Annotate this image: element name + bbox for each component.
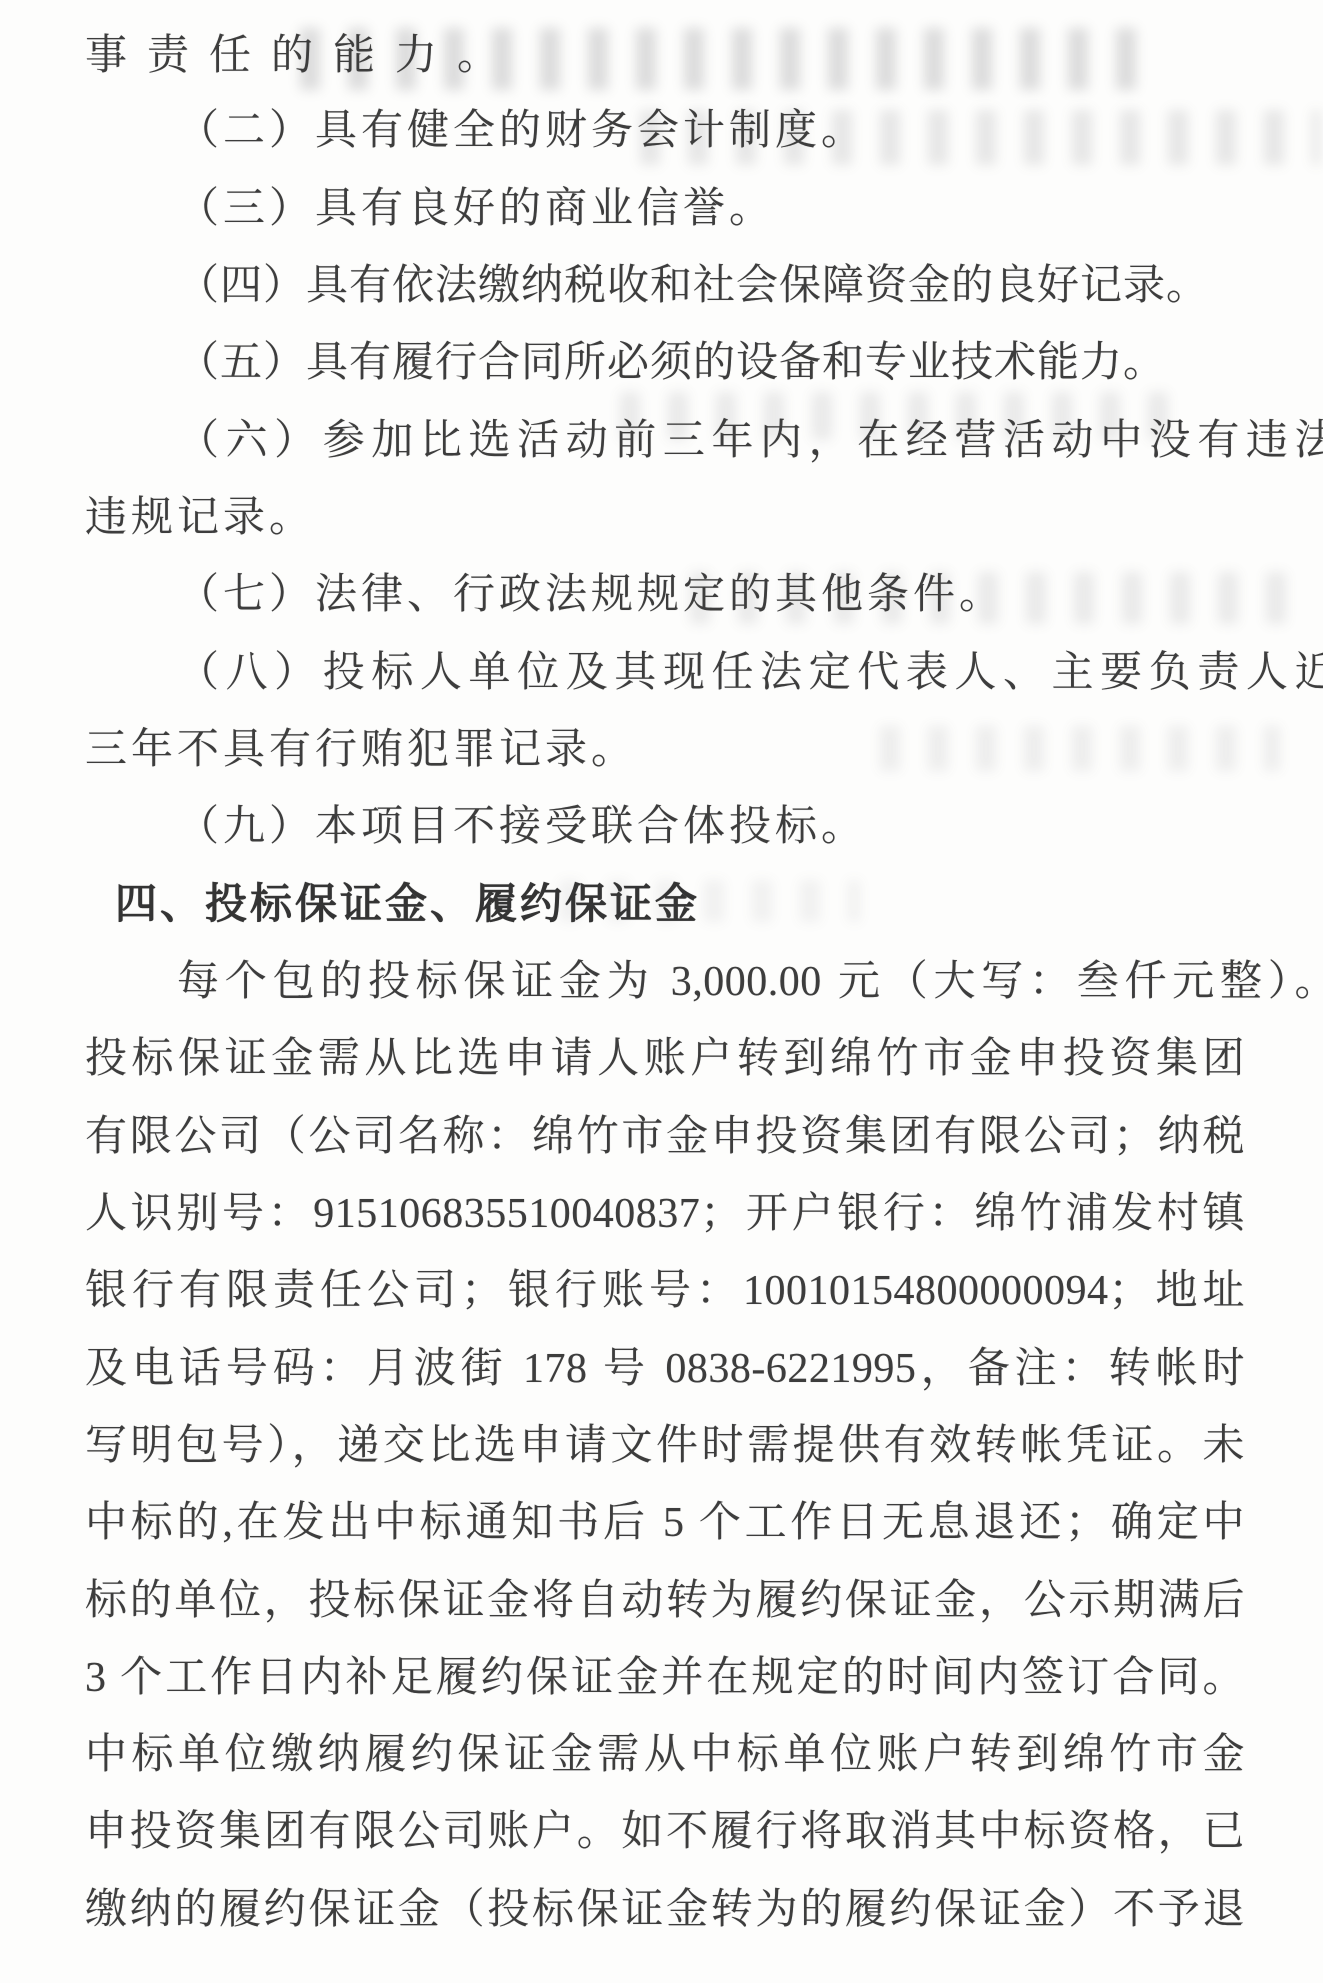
doc-line-07: 违规记录。 bbox=[85, 494, 1245, 544]
doc-line-17: 银行有限责任公司；银行账号：10010154800000094；地址 bbox=[85, 1267, 1245, 1317]
doc-line-13: 每个包的投标保证金为 3,000.00 元（大写：叁仟元整）。 bbox=[85, 958, 1323, 1008]
doc-line-21: 标的单位，投标保证金将自动转为履约保证金，公示期满后 bbox=[85, 1577, 1245, 1627]
doc-line-01: 事责任的能力。 bbox=[85, 32, 1245, 82]
doc-line-20: 中标的,在发出中标通知书后 5 个工作日无息退还；确定中 bbox=[85, 1499, 1245, 1549]
doc-line-14: 投标保证金需从比选申请人账户转到绵竹市金申投资集团 bbox=[85, 1035, 1245, 1085]
doc-line-05: （五）具有履行合同所必须的设备和专业技术能力。 bbox=[85, 339, 1323, 389]
doc-line-15: 有限公司（公司名称：绵竹市金申投资集团有限公司；纳税 bbox=[85, 1113, 1245, 1163]
doc-line-22: 3 个工作日内补足履约保证金并在规定的时间内签订合同。 bbox=[85, 1654, 1245, 1704]
doc-line-25: 缴纳的履约保证金（投标保证金转为的履约保证金）不予退 bbox=[85, 1886, 1245, 1936]
doc-line-24: 申投资集团有限公司账户。如不履行将取消其中标资格，已 bbox=[85, 1808, 1245, 1858]
doc-line-10: 三年不具有行贿犯罪记录。 bbox=[85, 726, 1245, 776]
doc-line-02: （二）具有健全的财务会计制度。 bbox=[85, 107, 1323, 157]
doc-line-23: 中标单位缴纳履约保证金需从中标单位账户转到绵竹市金 bbox=[85, 1731, 1245, 1781]
doc-line-19: 写明包号），递交比选申请文件时需提供有效转帐凭证。未 bbox=[85, 1422, 1245, 1472]
scanned-document-page: 事责任的能力。 （二）具有健全的财务会计制度。 （三）具有良好的商业信誉。 （四… bbox=[0, 0, 1323, 1983]
doc-line-18: 及电话号码：月波街 178 号 0838-6221995，备注：转帐时 bbox=[85, 1345, 1245, 1395]
doc-line-03: （三）具有良好的商业信誉。 bbox=[85, 185, 1323, 235]
doc-section-heading: 四、投标保证金、履约保证金 bbox=[85, 881, 1275, 931]
doc-line-04: （四）具有依法缴纳税收和社会保障资金的良好记录。 bbox=[85, 262, 1323, 312]
doc-line-11: （九）本项目不接受联合体投标。 bbox=[85, 803, 1323, 853]
doc-line-06: （六）参加比选活动前三年内，在经营活动中没有违法 bbox=[85, 417, 1323, 467]
doc-line-09: （八）投标人单位及其现任法定代表人、主要负责人近 bbox=[85, 649, 1323, 699]
doc-line-16: 人识别号：915106835510040837；开户银行：绵竹浦发村镇 bbox=[85, 1190, 1245, 1240]
doc-line-08: （七）法律、行政法规规定的其他条件。 bbox=[85, 571, 1323, 621]
